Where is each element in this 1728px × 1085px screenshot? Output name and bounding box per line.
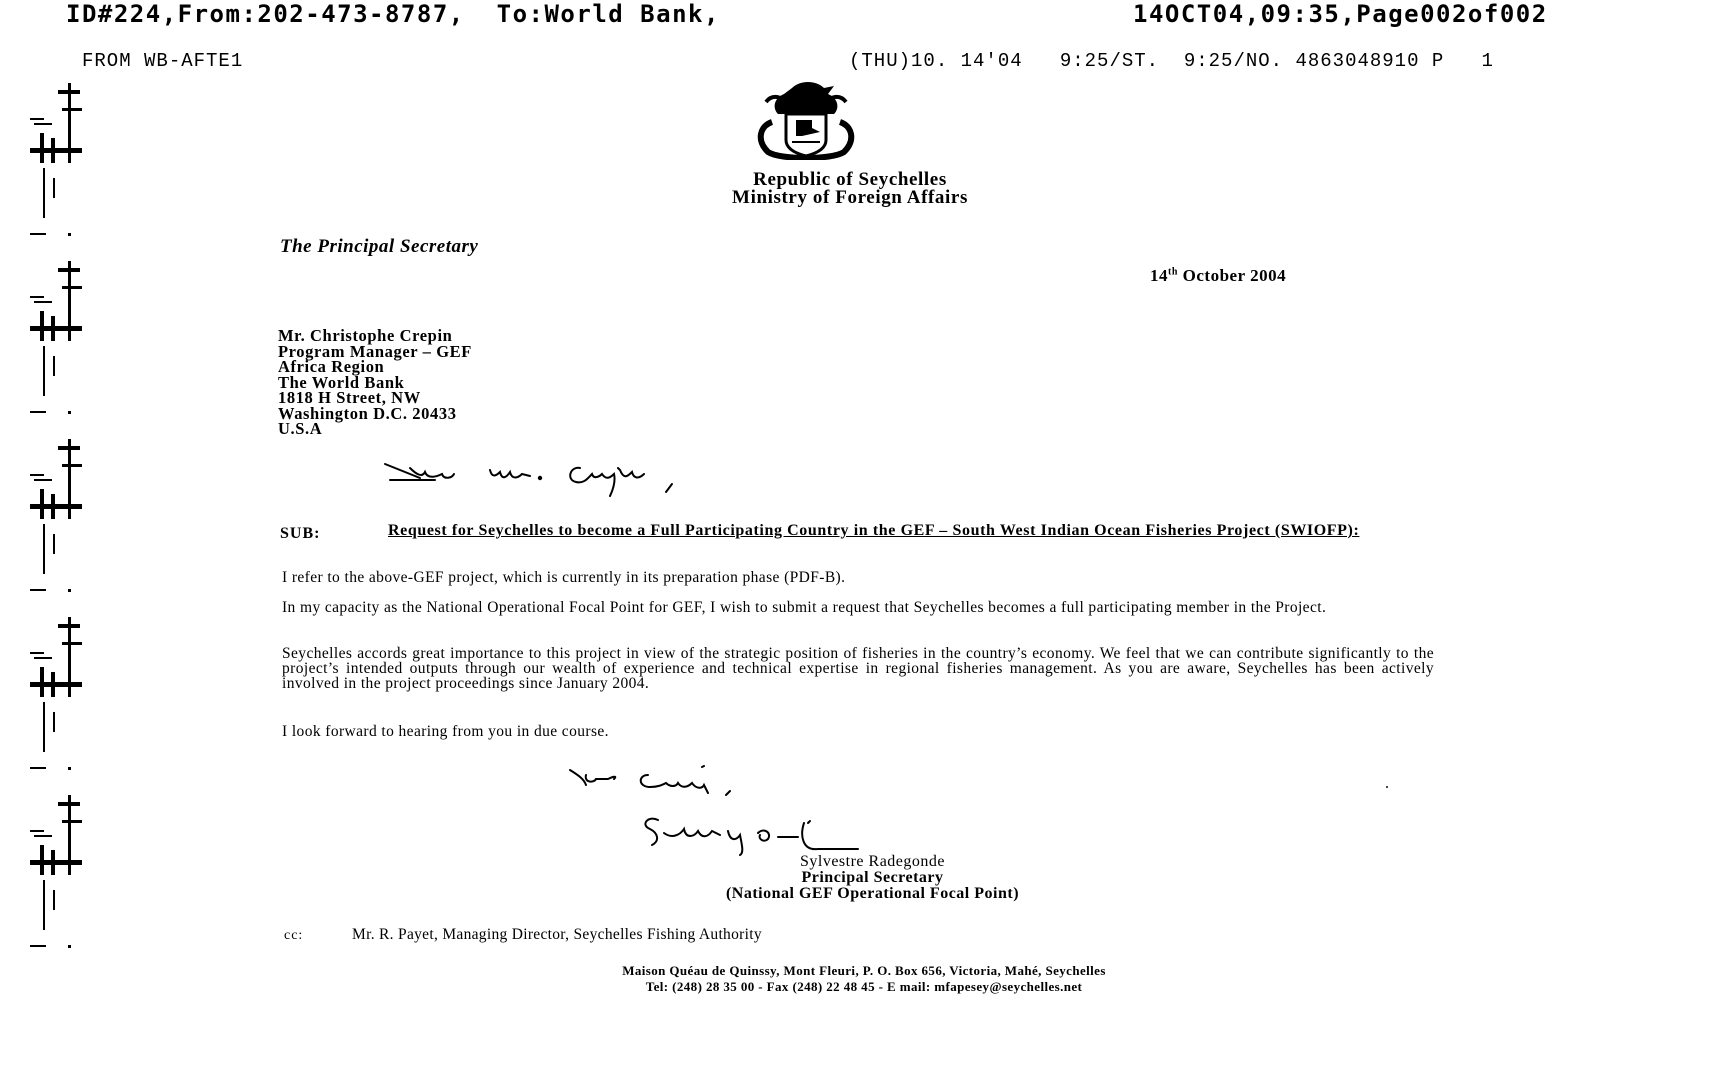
signatory-role: (National GEF Operational Focal Point)	[0, 886, 1728, 902]
recipient-line: U.S.A	[278, 421, 472, 437]
body-paragraph: Seychelles accords great importance to t…	[282, 646, 1434, 691]
letterhead-office: The Principal Secretary	[280, 236, 478, 258]
handwritten-salutation	[380, 452, 730, 500]
cc-recipient: Mr. R. Payet, Managing Director, Seychel…	[352, 926, 762, 944]
footer-contact: Tel: (248) 28 35 00 - Fax (248) 22 48 45…	[0, 979, 1728, 994]
letter-date: 14th October 2004	[1150, 266, 1286, 286]
letterhead-ministry: Ministry of Foreign Affairs	[0, 188, 1700, 207]
subject-line: Request for Seychelles to become a Full …	[388, 523, 1433, 538]
fax-header-right: 14OCT04,09:35,Page002of002	[1133, 0, 1548, 28]
scan-speck	[1386, 786, 1388, 788]
subject-label: SUB:	[280, 525, 320, 543]
body-paragraph: I look forward to hearing from you in du…	[282, 724, 1434, 739]
body-paragraph: In my capacity as the National Operation…	[282, 600, 1434, 615]
fax-timestamp-line: (THU)10. 14'04 9:25/ST. 9:25/NO. 4863048…	[849, 50, 1494, 72]
coat-of-arms-icon	[742, 80, 870, 160]
recipient-address: Mr. Christophe Crepin Program Manager – …	[278, 328, 472, 437]
handwritten-signature	[568, 765, 1028, 860]
fax-sender-line: FROM WB-AFTE1	[82, 50, 243, 72]
signatory-title: Principal Secretary	[0, 870, 1728, 886]
cc-label: cc:	[284, 928, 303, 944]
fax-header-left: ID#224,From:202-473-8787, To:World Bank,	[66, 0, 720, 28]
footer-address: Maison Quéau de Quinssy, Mont Fleuri, P.…	[0, 963, 1728, 978]
signatory-name: Sylvestre Radegonde	[0, 854, 1728, 870]
body-paragraph: I refer to the above-GEF project, which …	[282, 570, 1434, 585]
